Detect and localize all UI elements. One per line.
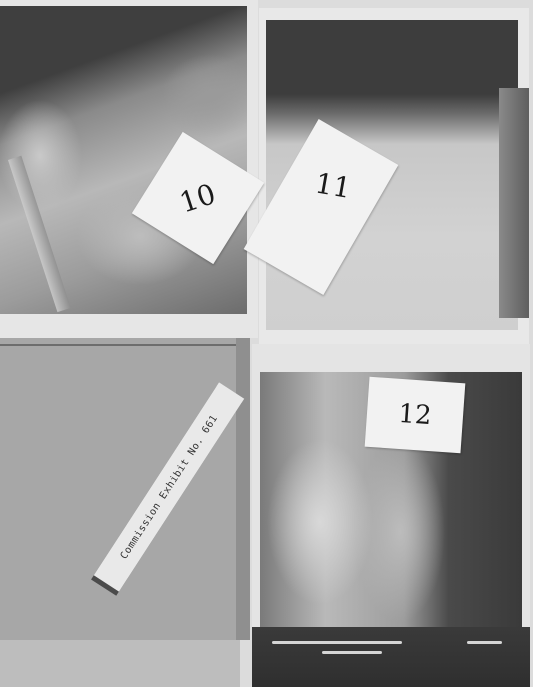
marker-card-12: 12 [365,377,466,454]
exhibit-label: Commission Exhibit No. 661 [118,413,220,561]
card-edge [0,344,250,346]
exhibit-card: Commission Exhibit No. 661 [0,338,250,640]
card-shadow [236,338,250,640]
page-margin [0,640,240,687]
marker-number: 11 [313,166,354,205]
exhibit-label-strip: Commission Exhibit No. 661 [94,382,244,591]
marker-number: 10 [176,177,220,219]
wall-band [499,88,529,318]
floor-area [252,627,530,687]
exhibit-page: Commission Exhibit No. 661 10 11 12 [0,0,533,687]
marker-number: 12 [397,399,432,431]
